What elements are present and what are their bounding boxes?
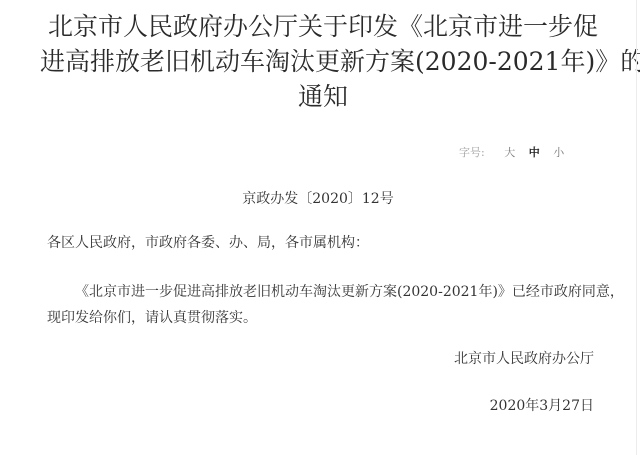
document-number: 京政办发〔2020〕12号 bbox=[0, 188, 636, 210]
document-page: 北京市人民政府办公厅关于印发《北京市进一步促 进高排放老旧机动车淘汰更新方案(2… bbox=[0, 0, 636, 455]
body-line-1: 《北京市进一步促进高排放老旧机动车淘汰更新方案(2020-2021年)》已经市政… bbox=[47, 279, 607, 305]
title-line-1: 北京市人民政府办公厅关于印发《北京市进一步促 bbox=[40, 9, 606, 44]
title-line-2: 进高排放老旧机动车淘汰更新方案(2020-2021年)》的 bbox=[40, 44, 606, 79]
body-line-2: 现印发给你们，请认真贯彻落实。 bbox=[47, 305, 607, 331]
font-size-control: 字号: 大 中 小 bbox=[459, 144, 574, 162]
title-line-3: 通知 bbox=[40, 79, 606, 114]
font-size-label: 字号: bbox=[459, 146, 485, 159]
font-size-medium-button[interactable]: 中 bbox=[529, 146, 540, 159]
addressee: 各区人民政府，市政府各委、办、局，各市属机构： bbox=[47, 232, 369, 254]
issuer-signature: 北京市人民政府办公厅 bbox=[454, 348, 594, 370]
font-size-large-button[interactable]: 大 bbox=[504, 146, 515, 159]
page-edge-divider bbox=[636, 0, 637, 455]
font-size-small-button[interactable]: 小 bbox=[553, 146, 564, 159]
body-paragraph: 《北京市进一步促进高排放老旧机动车淘汰更新方案(2020-2021年)》已经市政… bbox=[47, 279, 607, 331]
issue-date: 2020年3月27日 bbox=[490, 395, 594, 417]
document-title: 北京市人民政府办公厅关于印发《北京市进一步促 进高排放老旧机动车淘汰更新方案(2… bbox=[40, 9, 606, 114]
